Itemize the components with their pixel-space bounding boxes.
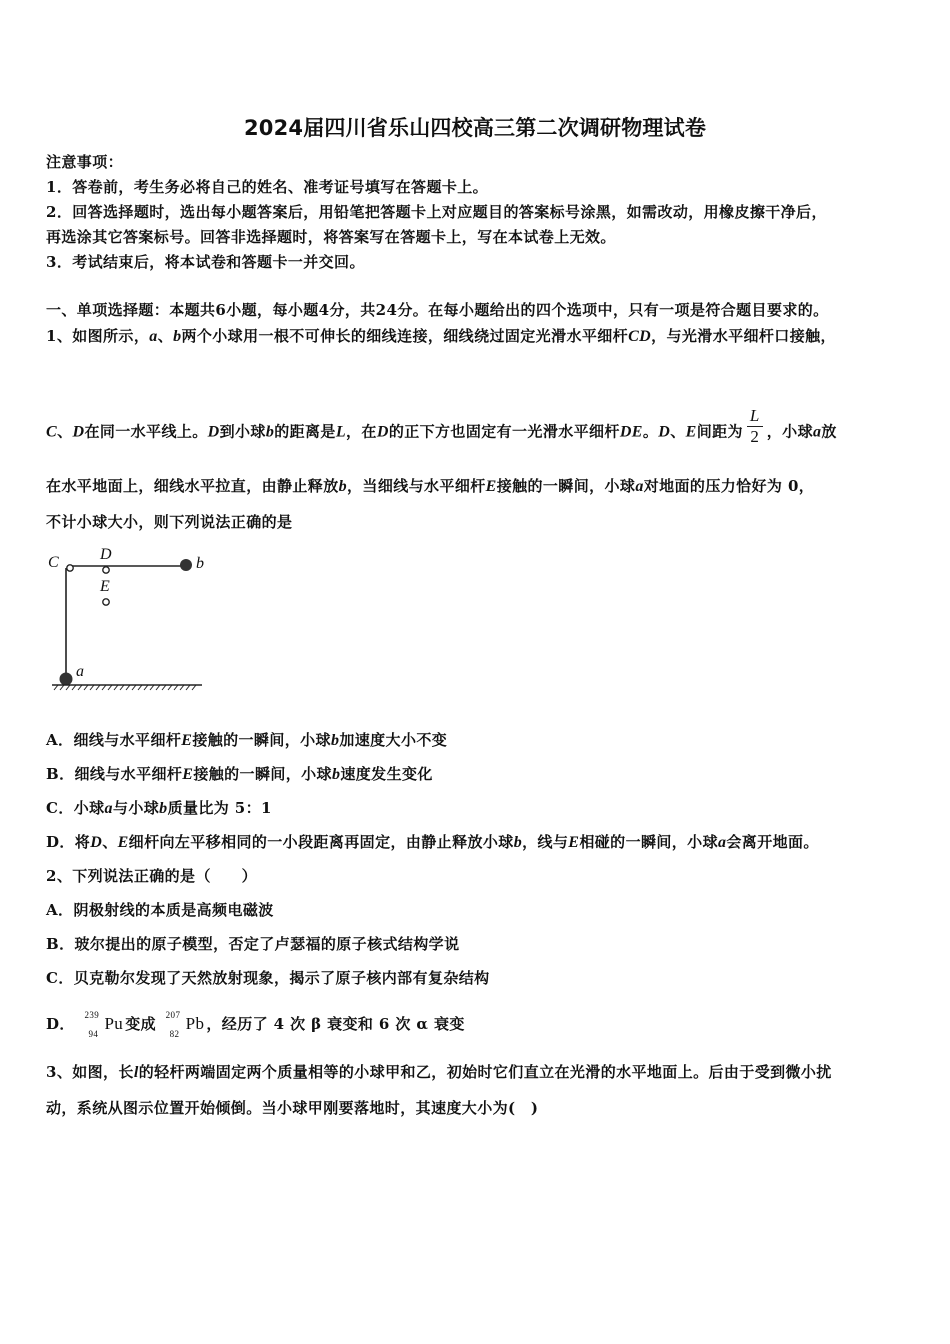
notice-heading: 注意事项： [46,152,123,172]
q1-stem-line-1: 1、如图所示，a、b两个小球用一根不可伸长的细线连接，细线绕过固定光滑水平细杆C… [46,326,836,347]
q1-option-b[interactable]: B．细线与水平细杆E接触的一瞬间，小球b速度发生变化 [46,764,433,785]
q3-stem-line-1: 3、如图，长l的轻杆两端固定两个质量相等的小球甲和乙，初始时它们直立在光滑的水平… [46,1062,832,1083]
section-heading: 一、单项选择题：本题共6小题，每小题4分，共24分。在每小题给出的四个选项中，只… [46,300,829,320]
label-c: C [48,554,59,572]
q2-stem: 2、下列说法正确的是（ ） [46,866,257,886]
label-a: a [76,663,84,681]
q1-option-a[interactable]: A．细线与水平细杆E接触的一瞬间，小球b加速度大小不变 [46,730,447,751]
notice-item-1: 1．答卷前，考生务必将自己的姓名、准考证号填写在答题卡上。 [46,177,488,197]
q1-option-d[interactable]: D．将D、E细杆向左平移相同的一小段距离再固定，由静止释放小球b，线与E相碰的一… [46,832,819,853]
label-b: b [196,555,204,573]
q2-option-b[interactable]: B．玻尔提出的原子模型，否定了卢瑟福的原子核式结构学说 [46,934,459,954]
notice-item-2: 2．回答选择题时，选出每小题答案后，用铅笔把答题卡上对应题目的答案标号涂黑，如需… [46,202,827,222]
label-e: E [100,578,110,596]
fraction-l-over-2: L2 [747,406,763,447]
q3-stem-line-2: 动，系统从图示位置开始倾倒。当小球甲刚要落地时，其速度大小为( ) [46,1098,538,1118]
q2-option-a[interactable]: A．阴极射线的本质是高频电磁波 [46,900,274,920]
q1-option-c[interactable]: C．小球a与小球b质量比为 5：1 [46,798,272,819]
page-title: 2024届四川省乐山四校高三第二次调研物理试卷 [0,112,950,142]
notice-item-2-cont: 再选涂其它答案标号。回答非选择题时，将答案写在答题卡上，写在本试卷上无效。 [46,227,616,247]
nuclide-pb-207: 20782Pb [164,1014,205,1034]
exam-page: 2024届四川省乐山四校高三第二次调研物理试卷 注意事项： 1．答卷前，考生务必… [0,0,950,1344]
q1-stem-line-3: 在水平地面上，细线水平拉直，由静止释放b，当细线与水平细杆E接触的一瞬间，小球a… [46,476,814,497]
q2-option-d[interactable]: D． 23994Pu变成 20782Pb，经历了 4 次 β 衰变和 6 次 α… [46,1014,465,1034]
q1-stem-line-2: C、D在同一水平线上。D到小球b的距离是L，在D的正下方也固定有一光滑水平细杆D… [46,412,837,453]
nuclide-pu-239: 23994Pu [82,1014,123,1034]
q1-stem-line-4: 不计小球大小，则下列说法正确的是 [46,512,292,532]
label-d: D [100,546,112,564]
q2-option-c[interactable]: C．贝克勒尔发现了天然放射现象，揭示了原子核内部有复杂结构 [46,968,490,988]
notice-item-3: 3．考试结束后，将本试卷和答题卡一并交回。 [46,252,365,272]
q1-figure: C D E b a [44,548,214,693]
